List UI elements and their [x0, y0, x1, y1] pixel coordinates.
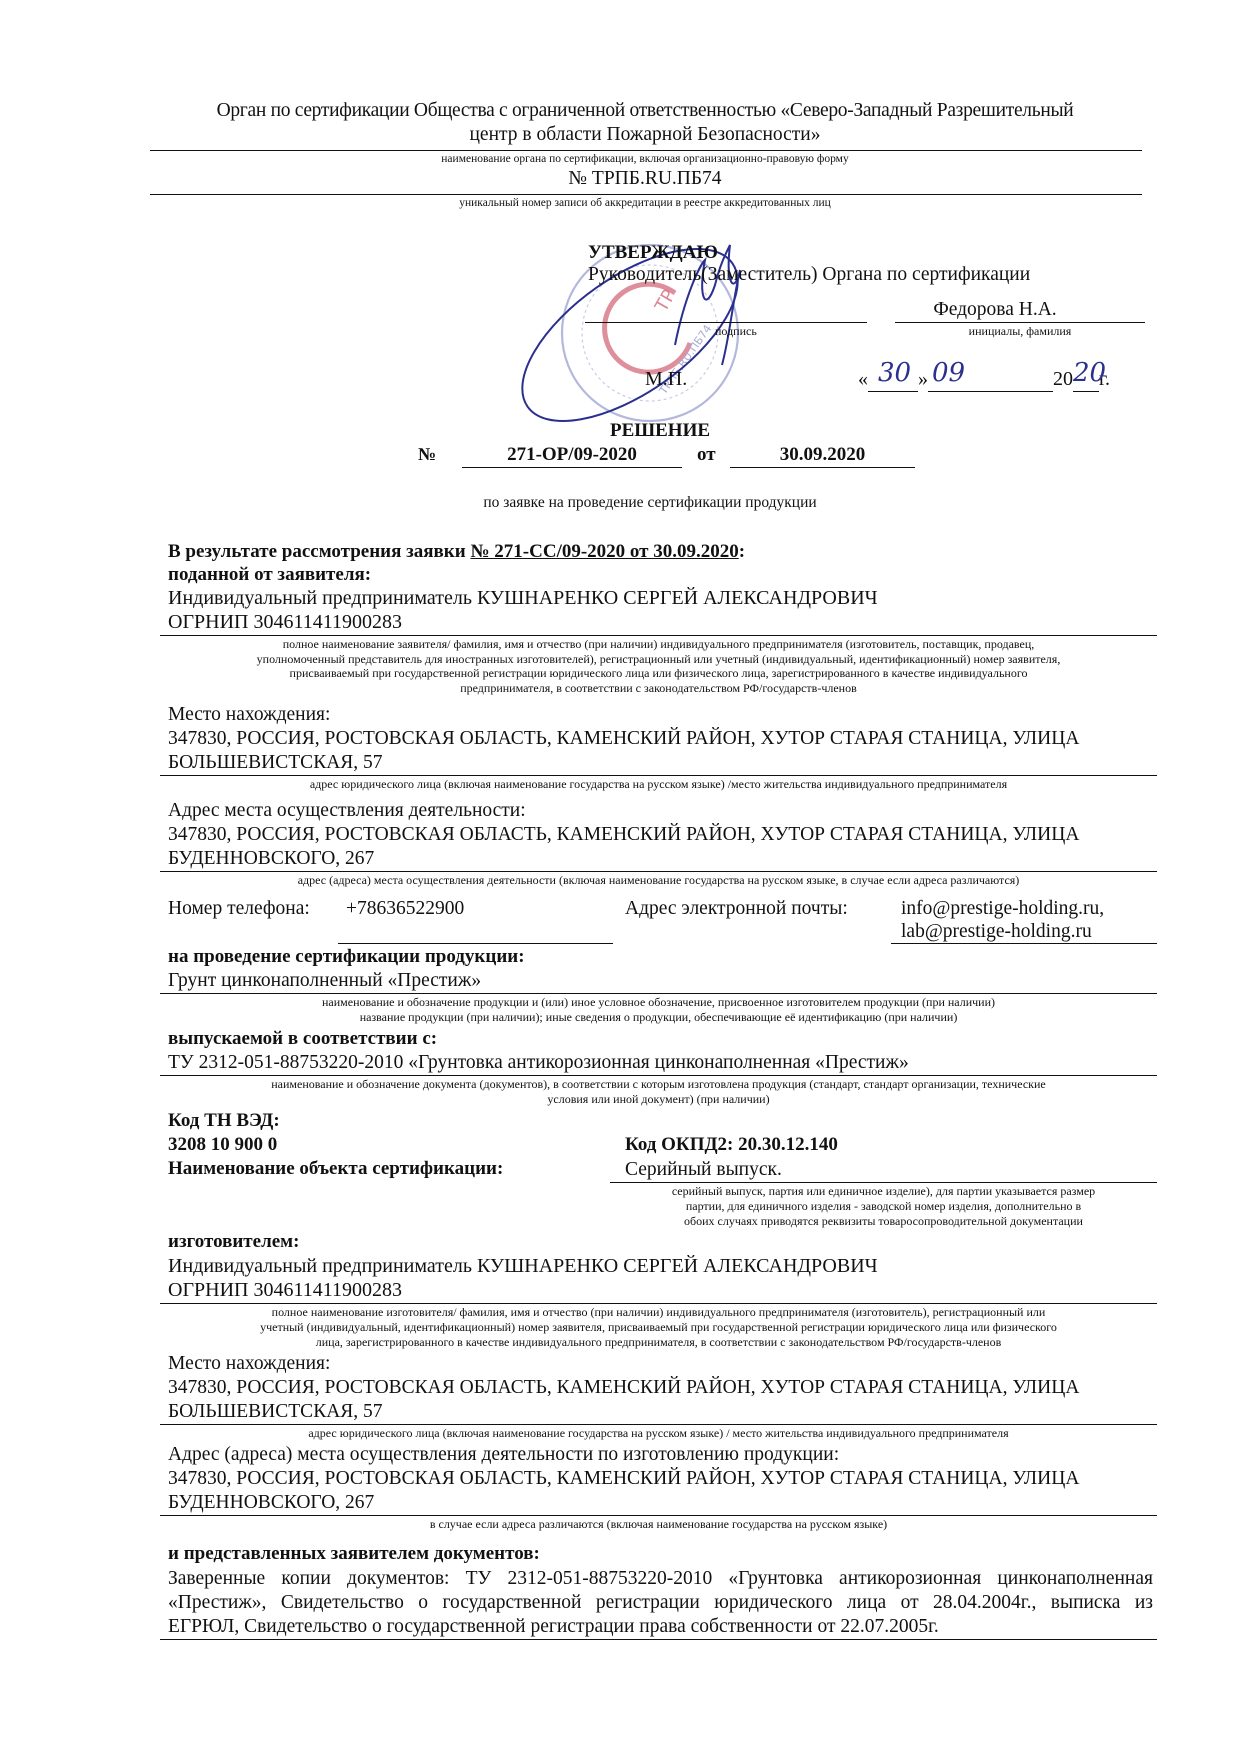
- email-1[interactable]: info@prestige-holding.ru,: [901, 897, 1104, 920]
- tnved-label: Код ТН ВЭД:: [168, 1110, 280, 1132]
- caption-line: партии, для единичного изделия - заводск…: [610, 1199, 1157, 1214]
- decision-subtitle: по заявке на проведение сертификации про…: [400, 494, 900, 512]
- conformity-caption: наименование и обозначение документа (до…: [160, 1077, 1157, 1107]
- accreditation-number: № ТРПБ.RU.ПБ74: [150, 168, 1140, 190]
- email-underline: [891, 943, 1157, 944]
- location-caption: адрес юридического лица (включая наимено…: [160, 777, 1157, 792]
- location-label: Место нахождения:: [168, 703, 330, 726]
- divider: [610, 1182, 1157, 1183]
- phone-value: +78636522900: [346, 897, 464, 920]
- org-name-line-2: центр в области Пожарной Безопасности»: [150, 124, 1140, 146]
- caption-line: присваиваемый при государственной регист…: [160, 666, 1157, 681]
- email-label: Адрес электронной почты:: [625, 897, 848, 920]
- decision-number-label: №: [418, 444, 436, 465]
- caption-line: учетный (индивидуальный, идентификационн…: [160, 1320, 1157, 1335]
- activity-label: Адрес места осуществления деятельности:: [168, 799, 526, 822]
- location-line-1: 347830, РОССИЯ, РОСТОВСКАЯ ОБЛАСТЬ, КАМЕ…: [168, 727, 1079, 750]
- activity-line-2: БУДЕННОВСКОГО, 267: [168, 847, 374, 870]
- manufacturer-location-label: Место нахождения:: [168, 1352, 330, 1375]
- caption-line: условия или иной документ) (при наличии): [160, 1092, 1157, 1107]
- activity-line-1: 347830, РОССИЯ, РОСТОВСКАЯ ОБЛАСТЬ, КАМЕ…: [168, 823, 1079, 846]
- manufacturer-caption: полное наименование изготовителя/ фамили…: [160, 1305, 1157, 1350]
- production-line-2: БУДЕННОВСКОГО, 267: [168, 1491, 374, 1514]
- manufacturer-label: изготовителем:: [168, 1231, 299, 1253]
- phone-label: Номер телефона:: [168, 897, 310, 920]
- accreditation-caption: уникальный номер записи об аккредитации …: [150, 196, 1140, 211]
- date-close-quote: »: [918, 368, 928, 390]
- applicant-name: Индивидуальный предприниматель КУШНАРЕНК…: [168, 587, 878, 610]
- application-intro-text: В результате рассмотрения заявки: [168, 541, 470, 562]
- decision-title: РЕШЕНИЕ: [540, 420, 780, 442]
- location-line-2: БОЛЬШЕВИСТСКАЯ, 57: [168, 751, 383, 774]
- caption-line: наименование и обозначение продукции и (…: [160, 995, 1157, 1010]
- activity-caption: адрес (адреса) места осуществления деяте…: [160, 873, 1157, 888]
- divider: [160, 1303, 1157, 1304]
- manufacturer-ogrnip: ОГРНИП 304611411900283: [168, 1279, 402, 1302]
- signer-name: Федорова Н.А.: [895, 299, 1095, 321]
- application-ref: № 271-СС/09-2020 от 30.09.2020: [470, 541, 738, 562]
- underline: [730, 467, 915, 468]
- divider: [160, 635, 1157, 636]
- documents-line-1: Заверенные копии документов: ТУ 2312-051…: [168, 1567, 1153, 1590]
- conformity-label: выпускаемой в соответствии с:: [168, 1028, 437, 1050]
- date-year-prefix: 20: [1053, 368, 1073, 390]
- documents-label: и представленных заявителем документов:: [168, 1543, 540, 1565]
- org-caption: наименование органа по сертификации, вкл…: [150, 152, 1140, 167]
- divider: [160, 871, 1157, 872]
- production-caption: в случае если адреса различаются (включа…: [160, 1517, 1157, 1532]
- caption-line: серийный выпуск, партия или единичное из…: [610, 1184, 1157, 1199]
- manufacturer-location-caption: адрес юридического лица (включая наимено…: [160, 1426, 1157, 1441]
- applicant-caption: полное наименование заявителя/ фамилия, …: [160, 637, 1157, 695]
- approval-title: УТВЕРЖДАЮ: [588, 242, 718, 264]
- svg-text:ТР: ТР: [651, 286, 681, 316]
- caption-line: наименование и обозначение документа (до…: [160, 1077, 1157, 1092]
- submitted-label: поданной от заявителя:: [168, 564, 371, 586]
- manufacturer-location-line-2: БОЛЬШЕВИСТСКАЯ, 57: [168, 1400, 383, 1423]
- application-intro: В результате рассмотрения заявки № 271-С…: [168, 541, 745, 563]
- stamp-label: М.П.: [645, 368, 687, 391]
- production-label: Адрес (адреса) места осуществления деяте…: [168, 1443, 839, 1466]
- manufacturer-location-line-1: 347830, РОССИЯ, РОСТОВСКАЯ ОБЛАСТЬ, КАМЕ…: [168, 1376, 1079, 1399]
- date-year-suffix: 20: [1073, 358, 1106, 388]
- okpd2-code: Код ОКПД2: 20.30.12.140: [625, 1134, 838, 1156]
- email-2[interactable]: lab@prestige-holding.ru: [901, 920, 1092, 943]
- divider: [160, 1639, 1157, 1640]
- divider: [150, 194, 1142, 195]
- documents-line-3: ЕГРЮЛ, Свидетельство о государственной р…: [168, 1615, 939, 1638]
- date-month: 09: [932, 358, 965, 388]
- approval-date: «30 »09 2020 г.: [858, 368, 1110, 392]
- signature-line: [585, 322, 867, 323]
- product-label: на проведение сертификации продукции:: [168, 946, 525, 968]
- name-line: [895, 322, 1145, 323]
- divider: [160, 1424, 1157, 1425]
- decision-from-label: от: [697, 444, 716, 466]
- org-name-line-1: Орган по сертификации Общества с огранич…: [150, 100, 1140, 122]
- decision-date: 30.09.2020: [730, 444, 915, 466]
- object-label: Наименование объекта сертификации:: [168, 1158, 503, 1180]
- object-caption: серийный выпуск, партия или единичное из…: [610, 1184, 1157, 1229]
- decision-number: 271-ОР/09-2020: [462, 444, 682, 466]
- caption-line: обоих случаях приводятся реквизиты товар…: [610, 1214, 1157, 1229]
- divider: [160, 775, 1157, 776]
- caption-line: предпринимателя, в соответствии с законо…: [160, 681, 1157, 696]
- product-caption: наименование и обозначение продукции и (…: [160, 995, 1157, 1025]
- date-day: 30: [878, 358, 911, 388]
- divider: [160, 1515, 1157, 1516]
- documents-line-2: «Престиж», Свидетельство о государственн…: [168, 1591, 1153, 1614]
- phone-underline: [338, 943, 613, 944]
- divider: [160, 1075, 1157, 1076]
- caption-line: название продукции (при наличии); иные с…: [160, 1010, 1157, 1025]
- manufacturer-name: Индивидуальный предприниматель КУШНАРЕНК…: [168, 1255, 878, 1278]
- name-caption: инициалы, фамилия: [895, 324, 1145, 339]
- conformity-document: ТУ 2312-051-88753220-2010 «Грунтовка ант…: [168, 1051, 909, 1074]
- product-name: Грунт цинконаполненный «Престиж»: [168, 969, 481, 992]
- caption-line: лица, зарегистрированного в качестве инд…: [160, 1335, 1157, 1350]
- divider: [160, 993, 1157, 994]
- tnved-code: 3208 10 900 0: [168, 1134, 277, 1156]
- caption-line: полное наименование заявителя/ фамилия, …: [160, 637, 1157, 652]
- caption-line: уполномоченный представитель для иностра…: [160, 652, 1157, 667]
- production-line-1: 347830, РОССИЯ, РОСТОВСКАЯ ОБЛАСТЬ, КАМЕ…: [168, 1467, 1079, 1490]
- approval-position: Руководитель(Заместитель) Органа по серт…: [588, 264, 1030, 286]
- applicant-ogrnip: ОГРНИП 304611411900283: [168, 611, 402, 634]
- caption-line: полное наименование изготовителя/ фамили…: [160, 1305, 1157, 1320]
- object-value: Серийный выпуск.: [625, 1158, 782, 1181]
- underline: [462, 467, 682, 468]
- divider: [150, 150, 1142, 151]
- date-open-quote: «: [858, 368, 868, 390]
- signature-caption: подпись: [715, 324, 757, 339]
- application-intro-end: :: [739, 541, 745, 562]
